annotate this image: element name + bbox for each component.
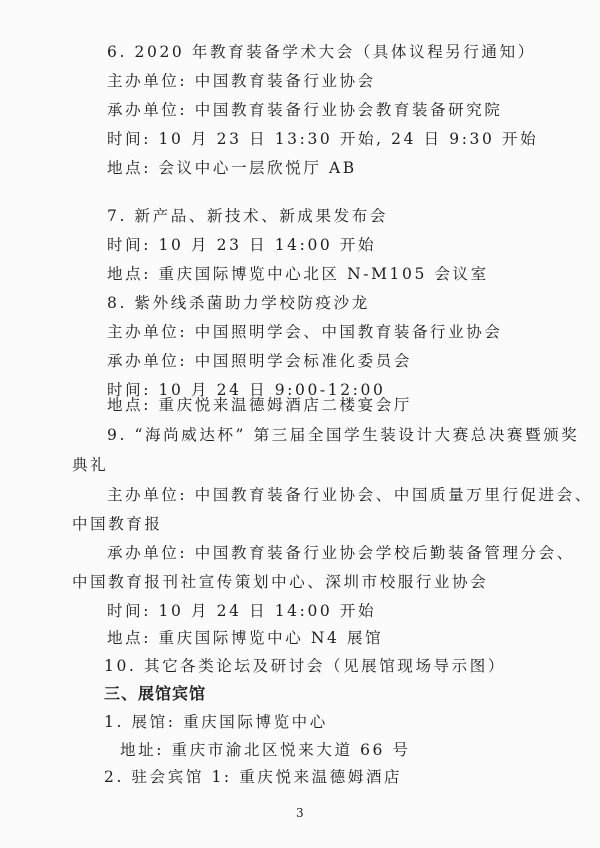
venue-1-address: 地址: 重庆市渝北区悦来大道 66 号 bbox=[120, 740, 411, 760]
hotel-1: 2. 驻会宾馆 1: 重庆悦来温德姆酒店 bbox=[104, 767, 402, 787]
item-9-title: 9. “海尚威达杯” 第三届全国学生装设计大赛总决赛暨颁奖 bbox=[107, 425, 579, 445]
item-8-title: 8. 紫外线杀菌助力学校防疫沙龙 bbox=[107, 293, 370, 313]
item-8-organizer: 承办单位: 中国照明学会标准化委员会 bbox=[107, 351, 412, 371]
venue-1: 1. 展馆: 重庆国际博览中心 bbox=[104, 712, 328, 732]
item-9-organizer-cont: 中国教育报刊社宣传策划中心、深圳市校服行业协会 bbox=[72, 572, 488, 592]
item-9-location: 地点: 重庆国际博览中心 N4 展馆 bbox=[107, 628, 383, 648]
item-6-organizer: 承办单位: 中国教育装备行业协会教育装备研究院 bbox=[107, 100, 502, 120]
item-8-location: 地点: 重庆悦来温德姆酒店二楼宴会厅 bbox=[107, 395, 412, 415]
item-9-title-cont: 典礼 bbox=[72, 455, 108, 475]
page-number: 3 bbox=[296, 806, 304, 820]
section-3-heading: 三、展馆宾馆 bbox=[104, 684, 206, 704]
item-7-time: 时间: 10 月 23 日 14:00 开始 bbox=[107, 235, 376, 255]
item-7-location: 地点: 重庆国际博览中心北区 N-M105 会议室 bbox=[107, 264, 489, 284]
item-6-title: 6. 2020 年教育装备学术大会（具体议程另行通知） bbox=[107, 42, 536, 62]
item-6-location: 地点: 会议中心一层欣悦厅 AB bbox=[107, 158, 357, 178]
item-9-host-cont: 中国教育报 bbox=[72, 514, 163, 534]
item-10-title: 10. 其它各类论坛及研讨会（见展馆现场导示图） bbox=[104, 656, 506, 676]
item-9-host: 主办单位: 中国教育装备行业协会、中国质量万里行促进会、 bbox=[107, 485, 593, 505]
item-6-time: 时间: 10 月 23 日 13:30 开始, 24 日 9:30 开始 bbox=[107, 129, 538, 149]
item-9-organizer: 承办单位: 中国教育装备行业协会学校后勤装备管理分会、 bbox=[107, 543, 575, 563]
item-8-host: 主办单位: 中国照明学会、中国教育装备行业协会 bbox=[107, 322, 502, 342]
item-6-host: 主办单位: 中国教育装备行业协会 bbox=[107, 71, 376, 91]
item-7-title: 7. 新产品、新技术、新成果发布会 bbox=[107, 206, 388, 226]
item-9-time: 时间: 10 月 24 日 14:00 开始 bbox=[107, 601, 376, 621]
